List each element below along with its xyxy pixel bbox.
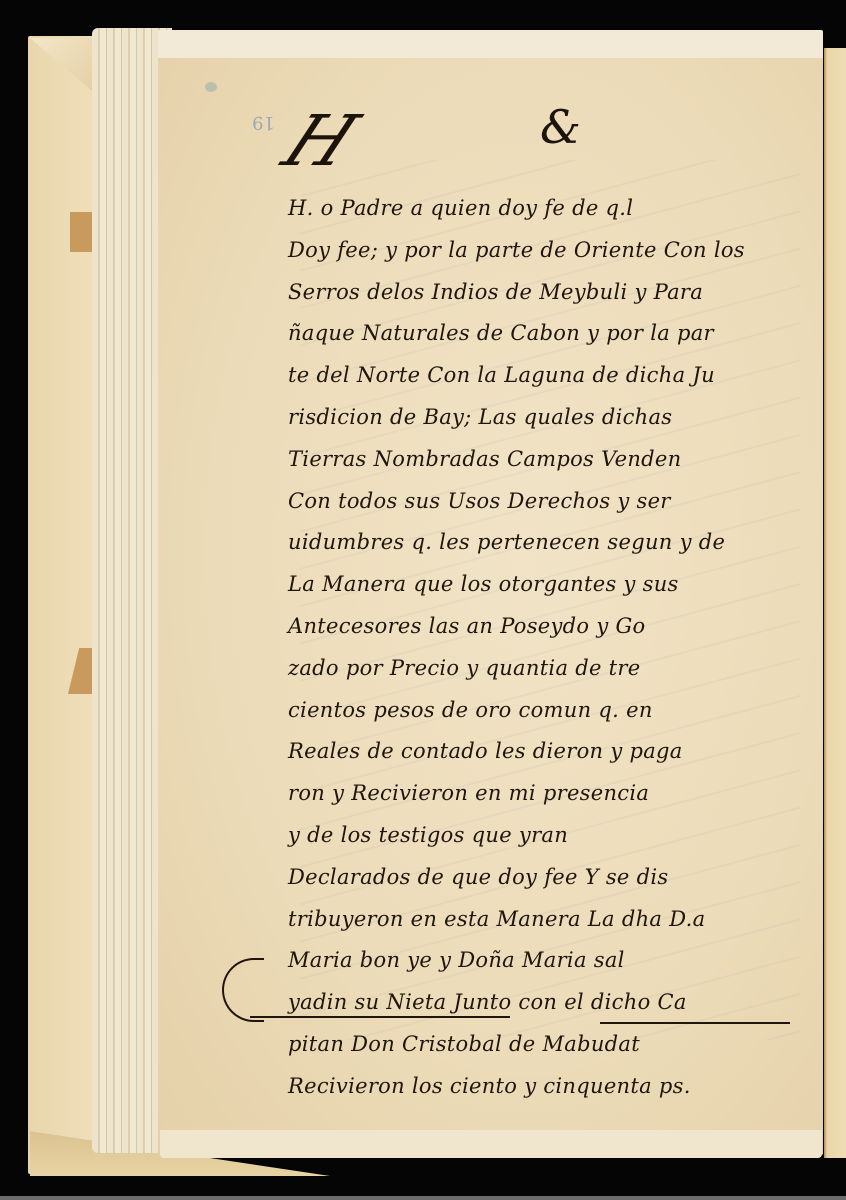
text-line: risdicion de Bay; Las quales dichas [288, 397, 818, 439]
facing-page-edge [824, 48, 846, 1158]
ink-spot [205, 82, 217, 92]
text-line: te del Norte Con la Laguna de dicha Ju [288, 355, 818, 397]
text-line: Antecesores las an Poseydo y Go [288, 606, 818, 648]
manuscript-text: H. o Padre a quien doy fe de q.l Doy fee… [288, 188, 818, 1108]
text-line: Reales de contado les dieron y paga [288, 731, 818, 773]
text-line: Maria bon ye y Doña Maria sal [288, 940, 818, 982]
text-line: Doy fee; y por la parte de Oriente Con l… [288, 230, 818, 272]
text-line: cientos pesos de oro comun q. en [288, 690, 818, 732]
text-line: y de los testigos que yran [288, 815, 818, 857]
text-line: pitan Don Cristobal de Mabudat [288, 1024, 818, 1066]
text-line: zado por Precio y quantia de tre [288, 648, 818, 690]
text-line: Con todos sus Usos Derechos y ser [288, 481, 818, 523]
text-line: ñaque Naturales de Cabon y por la par [288, 313, 818, 355]
text-line: Recivieron los ciento y cinquenta ps. [288, 1066, 818, 1108]
text-line: uidumbres q. les pertenecen segun y de [288, 522, 818, 564]
page-bottom-edge [160, 1130, 822, 1158]
scan-border [0, 1196, 846, 1200]
text-line: La Manera que los otorgantes y sus [288, 564, 818, 606]
closing-rule-right [600, 1022, 790, 1024]
text-line: tribuyeron en esta Manera La dha D.a [288, 899, 818, 941]
text-line: ron y Recivieron en mi presencia [288, 773, 818, 815]
folio-number: 19 [252, 112, 275, 133]
closing-rule-left [250, 1016, 510, 1018]
text-line: Tierras Nombradas Campos Venden [288, 439, 818, 481]
text-line: H. o Padre a quien doy fe de q.l [288, 188, 818, 230]
text-line: Declarados de que doy fee Y se dis [288, 857, 818, 899]
text-line: Serros delos Indios de Meybuli y Para [288, 272, 818, 314]
heading-flourish-right: & [540, 100, 581, 154]
